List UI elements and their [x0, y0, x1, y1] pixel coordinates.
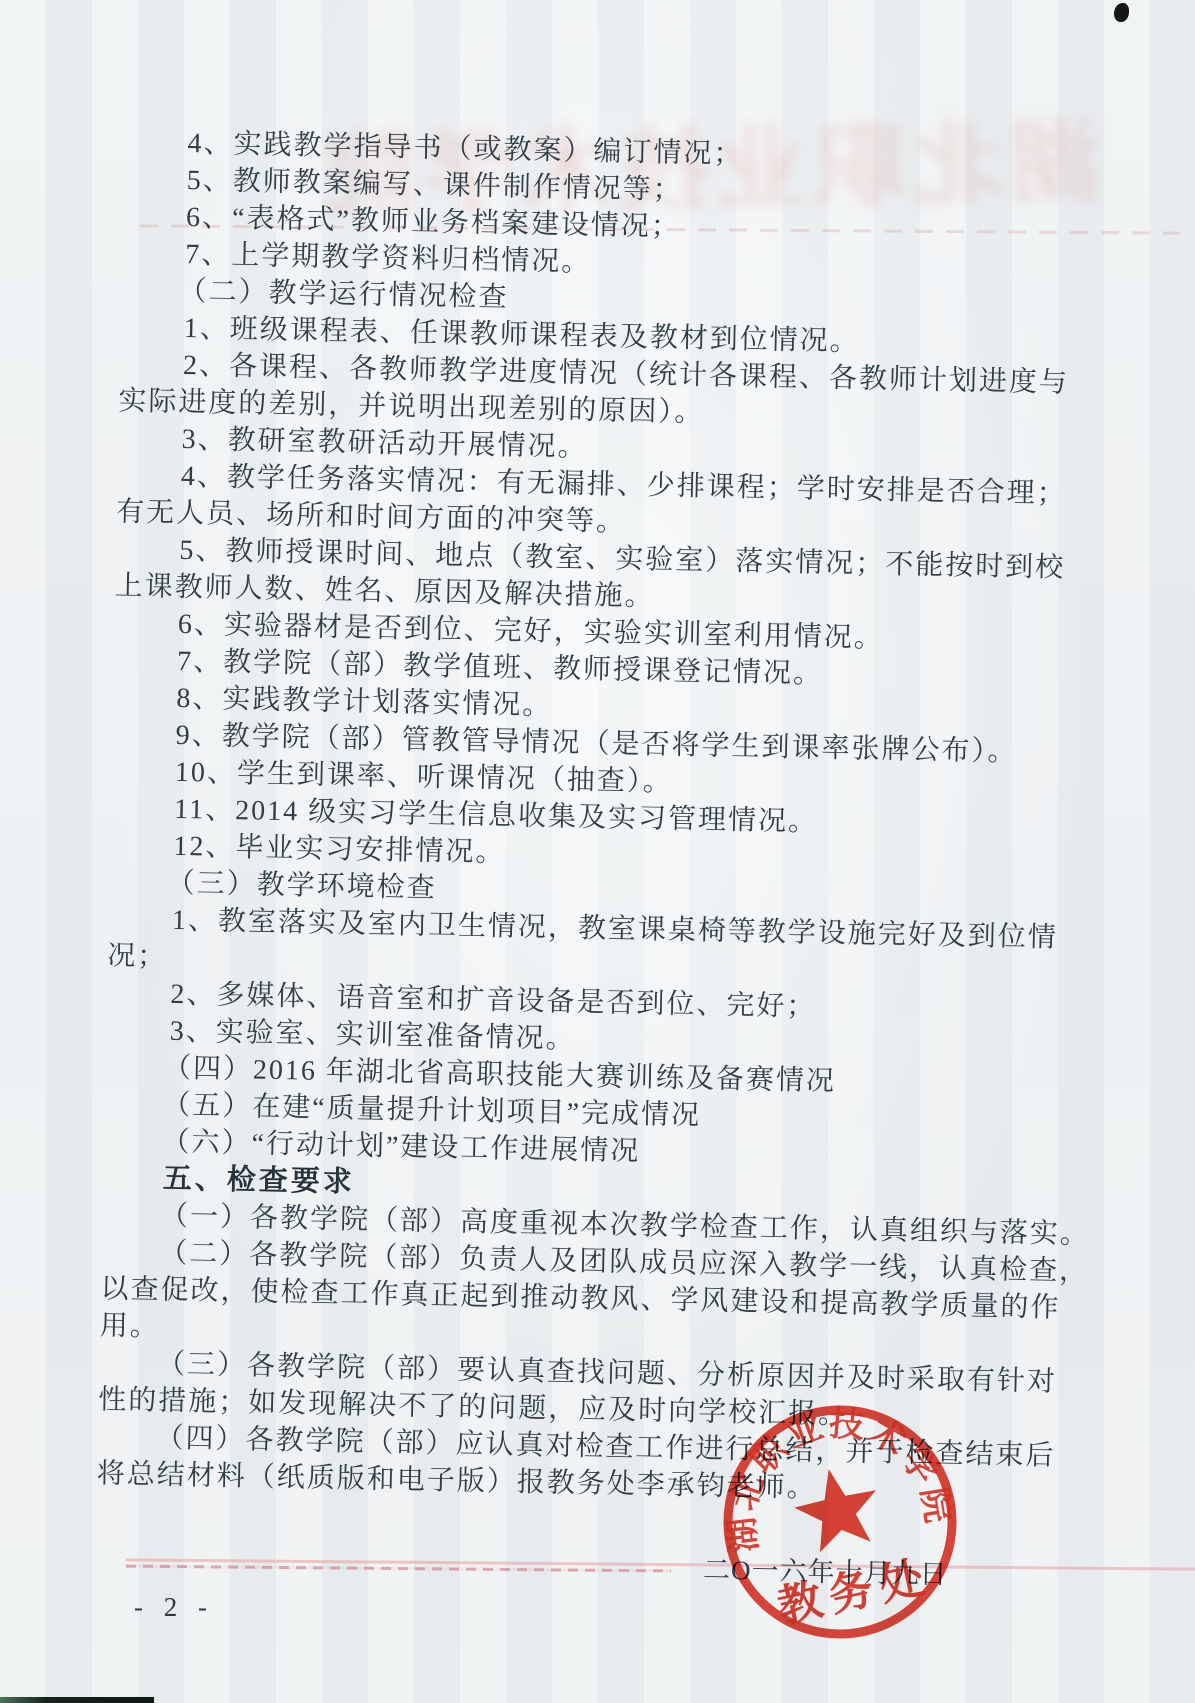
scan-edge-artifact	[0, 1697, 154, 1703]
document-body: 4、实践教学指导书（或教案）编订情况；5、教师教案编写、课件制作情况等；6、“表…	[96, 124, 1111, 1513]
stamp-department-text: 教务处	[773, 1552, 936, 1632]
document-lines: 4、实践教学指导书（或教案）编订情况；5、教师教案编写、课件制作情况等；6、“表…	[96, 124, 1111, 1513]
stamp-star-icon	[788, 1460, 886, 1555]
scanned-document-page: { "colors": { "paper": "#edf0f2", "ink":…	[0, 0, 1195, 1703]
page-number: - 2 -	[134, 1592, 214, 1623]
official-seal-stamp: 湖北职业技术学院 教务处	[674, 1356, 1006, 1688]
